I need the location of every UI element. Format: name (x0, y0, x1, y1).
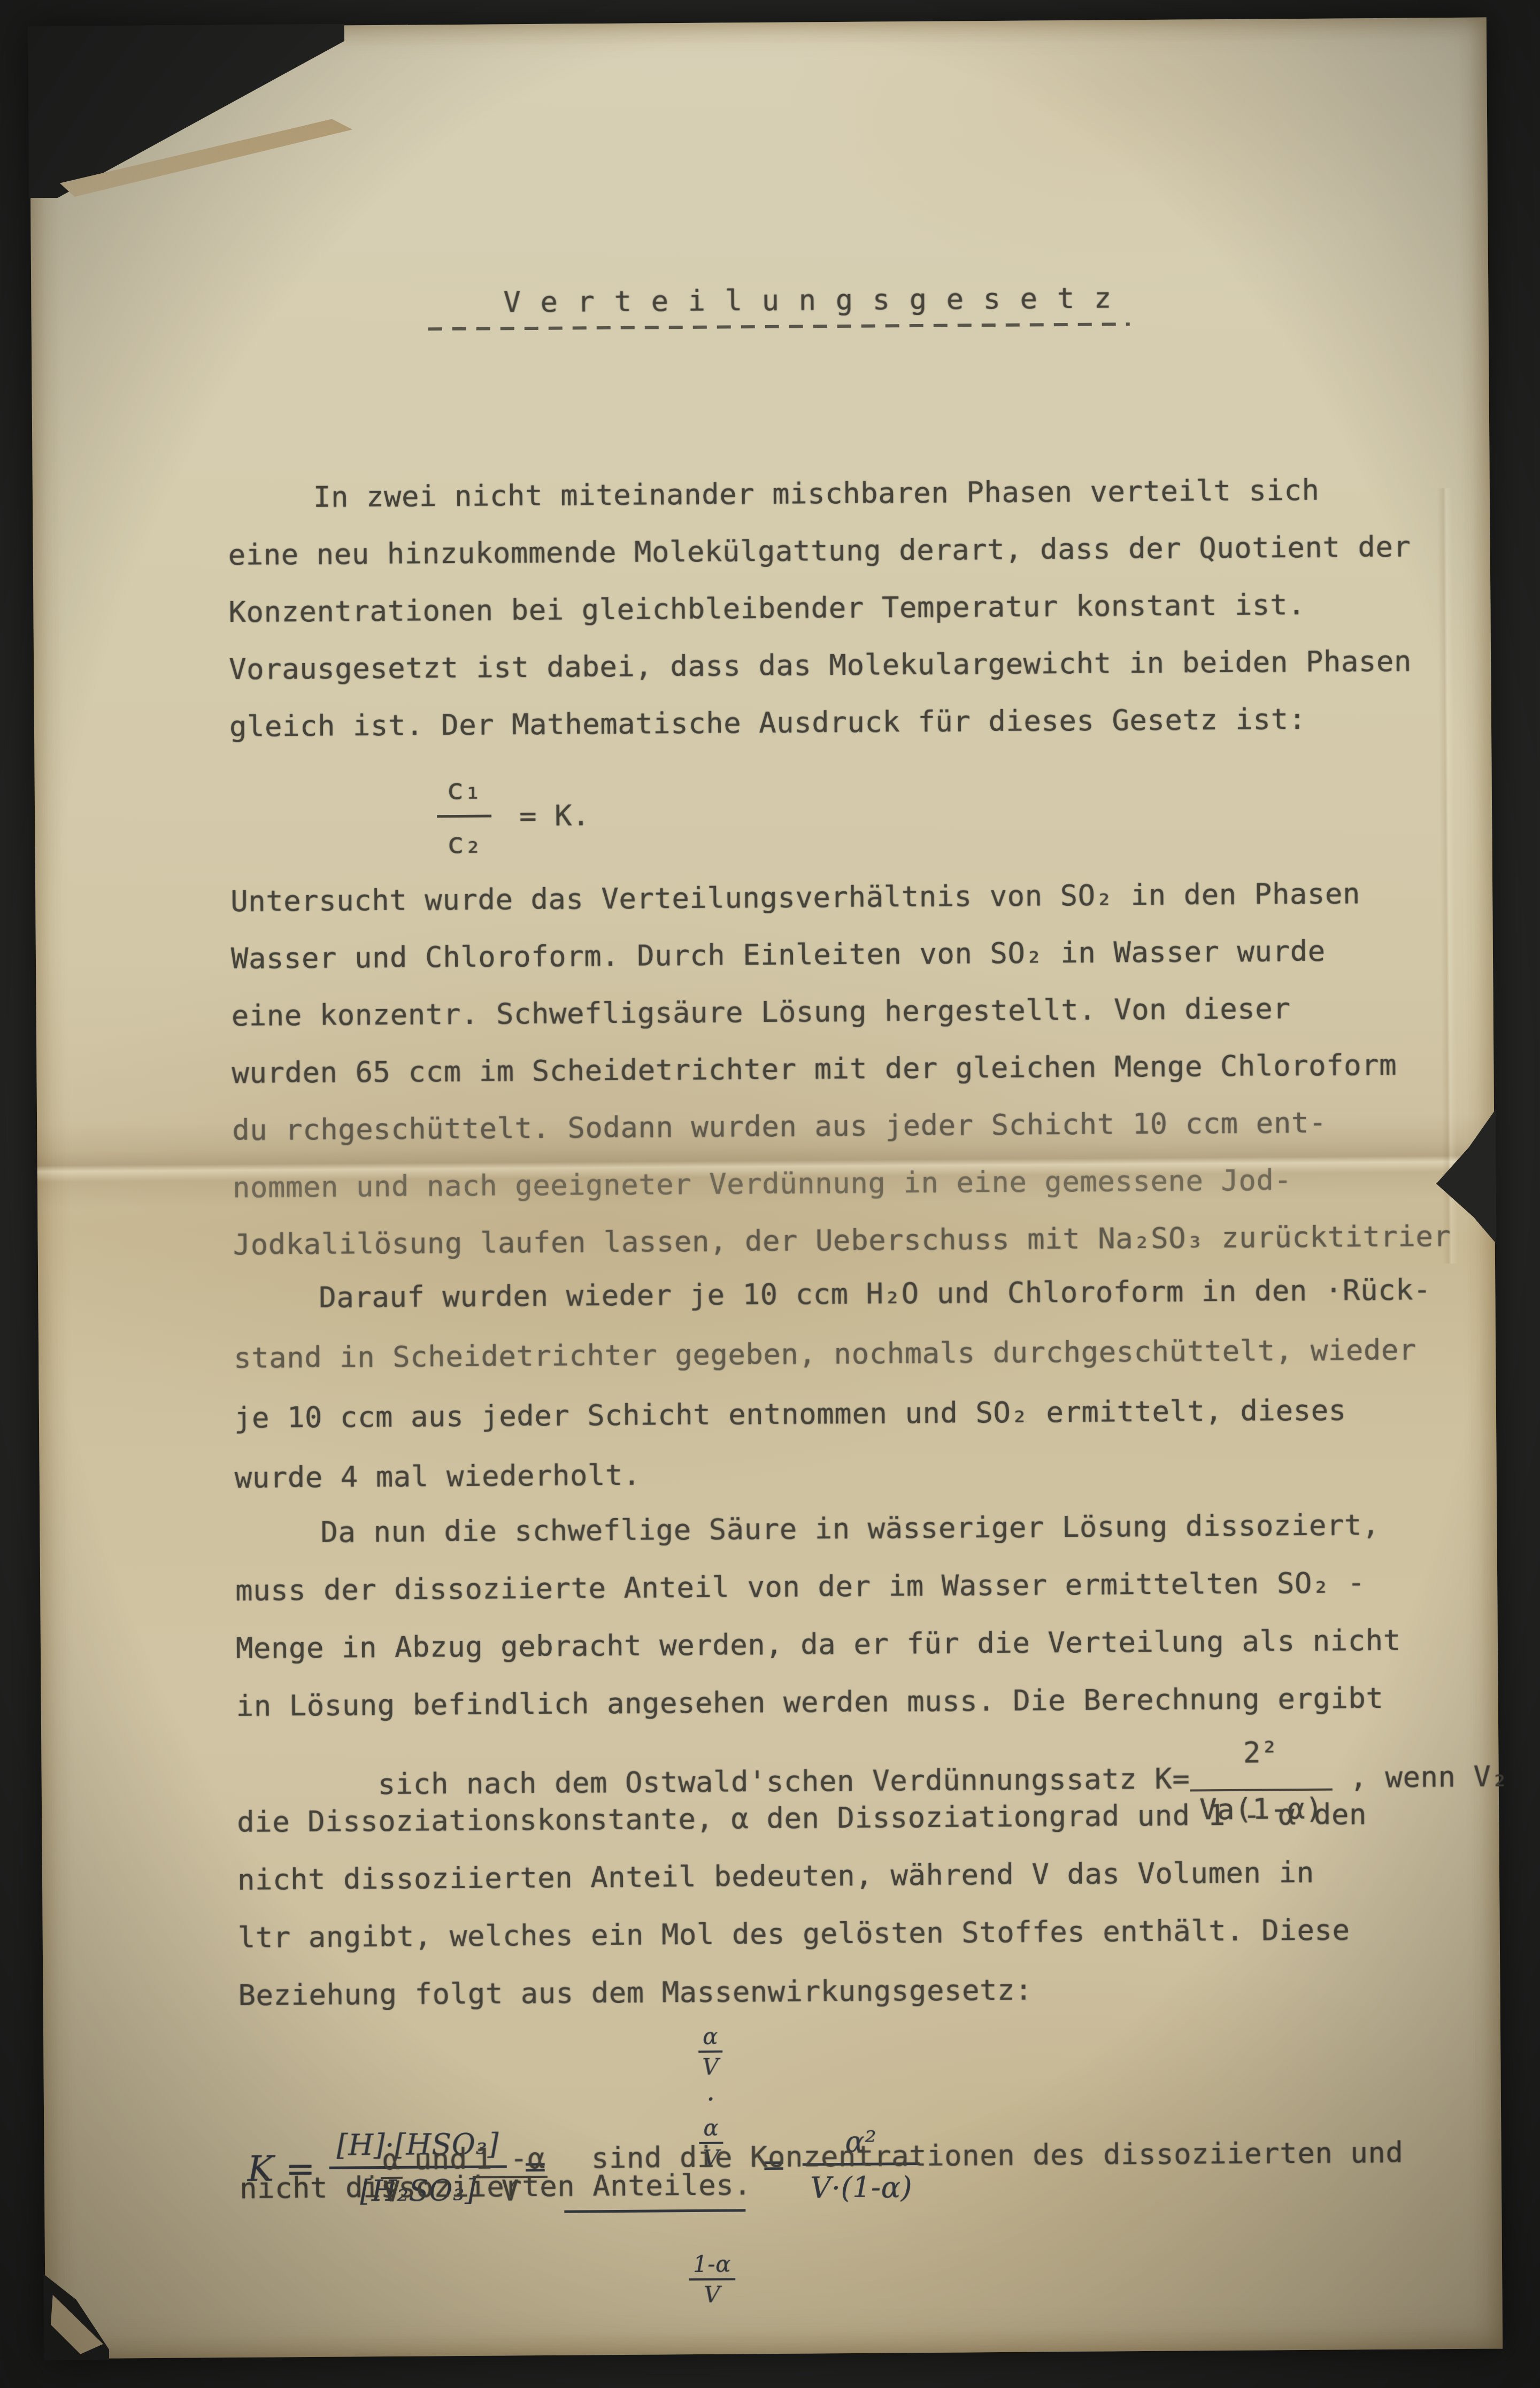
typewritten-document: V e r t e i l u n g s g e s e t z In zwe… (29, 18, 1503, 2359)
equals-k: = K. (519, 798, 590, 833)
typed-fraction-numerator: 2² (1190, 1736, 1332, 1769)
text-line: Vorausgesetzt ist dabei, dass das Moleku… (229, 632, 1491, 698)
text-line: eine neu hinzukommende Molekülgattung de… (228, 518, 1490, 583)
fraction-c1-c2: c₁ c₂ (436, 764, 491, 869)
paragraph-4: Da nun die schweflige Säure in wässerige… (235, 1495, 1498, 1735)
paragraph-3: Darauf wurden wieder je 10 ccm H₂O und C… (233, 1259, 1497, 1507)
text-line: Menge in Abzug gebracht werden, da er fü… (236, 1611, 1498, 1677)
text-line: ltr angibt, welches ein Mol des gelösten… (237, 1900, 1500, 1966)
text-line: eine konzentr. Schwefligsäure Lösung her… (231, 978, 1493, 1044)
fraction-numerator: c₁ (436, 764, 491, 815)
text-line: stand in Scheidetrichter gegeben, nochma… (234, 1319, 1496, 1388)
text-line: wurden 65 ccm im Scheidetrichter mit der… (232, 1035, 1494, 1101)
text-line: die Dissoziationskonstante, α den Dissoz… (237, 1784, 1499, 1851)
text-line: je 10 ccm aus jeder Schicht entnommen un… (234, 1379, 1497, 1447)
distribution-law-formula: c₁ c₂ = K. (436, 762, 590, 869)
text-line: Untersucht wurde das Verteilungsverhältn… (230, 864, 1493, 930)
text-line: nicht dissoziierten Anteiles. (240, 2169, 752, 2205)
text-line: In zwei nicht miteinander mischbaren Pha… (228, 460, 1490, 526)
text-line: gleich ist. Der Mathematische Ausdruck f… (229, 689, 1492, 755)
scanned-page: V e r t e i l u n g s g e s e t z In zwe… (29, 18, 1503, 2359)
text-line: nicht dissoziierten Anteil bedeuten, wäh… (237, 1842, 1500, 1908)
text-line: in Lösung befindlich angesehen werden mu… (236, 1668, 1498, 1735)
text-line: Konzentrationen bei gleichbleibender Tem… (228, 575, 1491, 641)
ostwald-dilution-line: sich nach dem Ostwald'schen Verdünnungss… (236, 1728, 1508, 1769)
text-line: Wasser und Chloroform. Durch Einleiten v… (231, 921, 1493, 987)
text-line: du rchgeschüttelt. Sodann wurden aus jed… (232, 1092, 1495, 1158)
text-line: muss der dissoziierte Anteil von der im … (235, 1553, 1498, 1619)
text-line: Da nun die schweflige Säure in wässerige… (235, 1495, 1497, 1561)
photo-background: V e r t e i l u n g s g e s e t z In zwe… (0, 0, 1540, 2388)
title-dashed-underline (428, 322, 1130, 330)
paragraph-2: Untersucht wurde das Verteilungsverhältn… (230, 864, 1495, 1273)
paragraph-1: In zwei nicht miteinander mischbaren Pha… (228, 460, 1492, 755)
fraction-denominator: c₂ (437, 818, 492, 869)
text-line: nommen und nach geeigneter Verdünnung in… (233, 1150, 1495, 1215)
text-line: Darauf wurden wieder je 10 ccm H₂O und C… (233, 1259, 1496, 1328)
page-title: V e r t e i l u n g s g e s e t z (31, 278, 1536, 322)
